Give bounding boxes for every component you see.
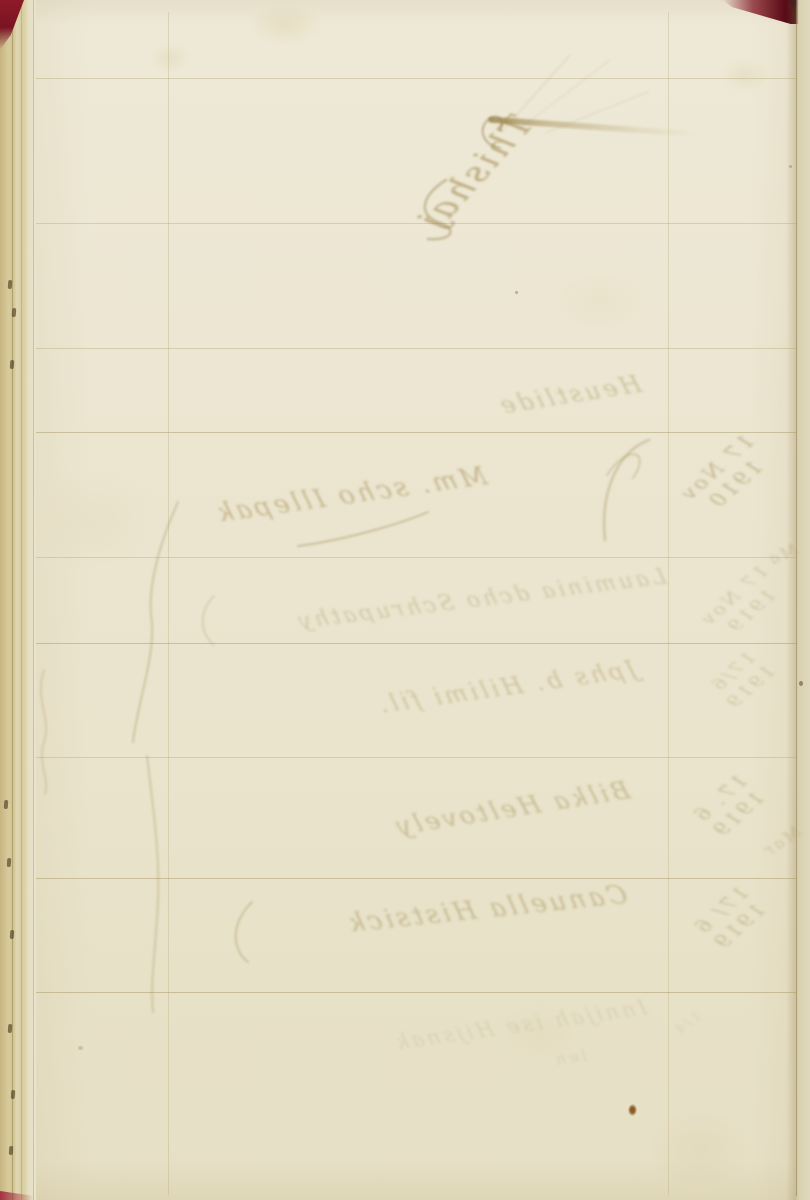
ledger-page-scan: Thishaj Heustlide Mm. scho Illepak 17 No… (0, 0, 810, 1200)
ink-speck (789, 165, 792, 168)
ink-speck (78, 1046, 83, 1050)
ink-speck (515, 291, 518, 294)
ink-speck (799, 681, 803, 686)
